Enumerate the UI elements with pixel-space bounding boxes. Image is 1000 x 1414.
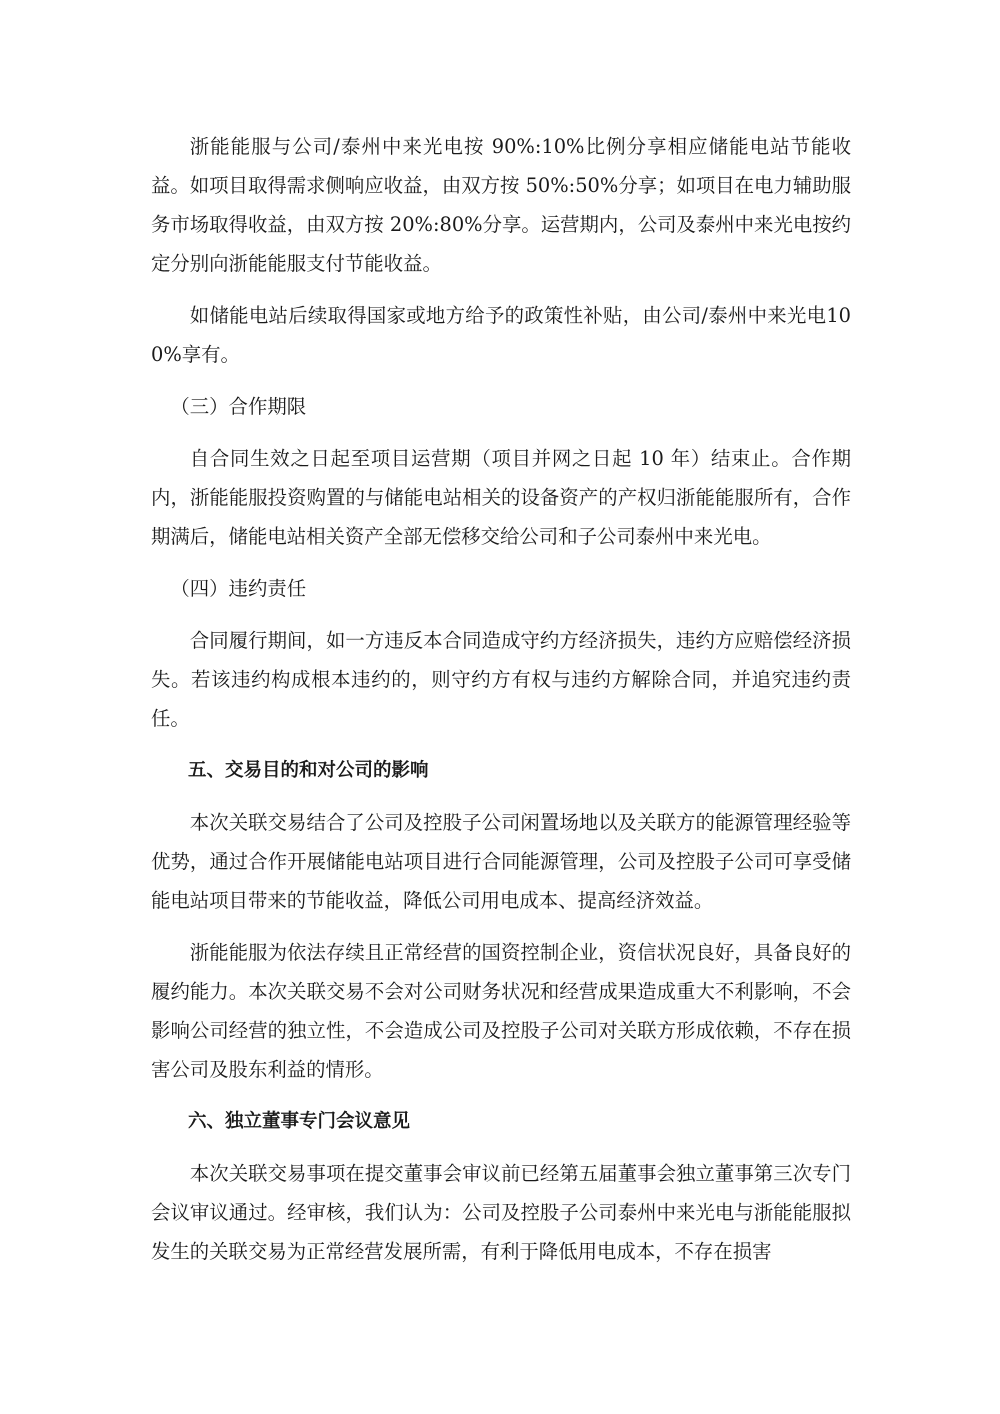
- paragraph-purpose: 本次关联交易结合了公司及控股子公司闲置场地以及关联方的能源管理经验等优势，通过合…: [151, 803, 851, 920]
- paragraph-independent-directors-opinion: 本次关联交易事项在提交董事会审议前已经第五届董事会独立董事第三次专门会议审议通过…: [151, 1154, 851, 1271]
- paragraph-liability: 合同履行期间，如一方违反本合同造成守约方经济损失，违约方应赔偿经济损失。若该违约…: [151, 621, 851, 738]
- section-heading-purpose-impact: 五、交易目的和对公司的影响: [151, 751, 851, 790]
- paragraph-revenue-sharing: 浙能能服与公司/泰州中来光电按 90%:10%比例分享相应储能电站节能收益。如项…: [151, 127, 851, 283]
- document-page: 浙能能服与公司/泰州中来光电按 90%:10%比例分享相应储能电站节能收益。如项…: [151, 127, 851, 1271]
- paragraph-impact: 浙能能服为依法存续且正常经营的国资控制企业，资信状况良好，具备良好的履约能力。本…: [151, 933, 851, 1089]
- paragraph-policy-subsidy: 如储能电站后续取得国家或地方给予的政策性补贴，由公司/泰州中来光电100%享有。: [151, 296, 851, 374]
- subheading-cooperation-period: （三）合作期限: [151, 387, 851, 426]
- subheading-liability: （四）违约责任: [151, 569, 851, 608]
- section-heading-independent-directors: 六、独立董事专门会议意见: [151, 1102, 851, 1141]
- paragraph-cooperation-period: 自合同生效之日起至项目运营期（项目并网之日起 10 年）结束止。合作期内，浙能能…: [151, 439, 851, 556]
